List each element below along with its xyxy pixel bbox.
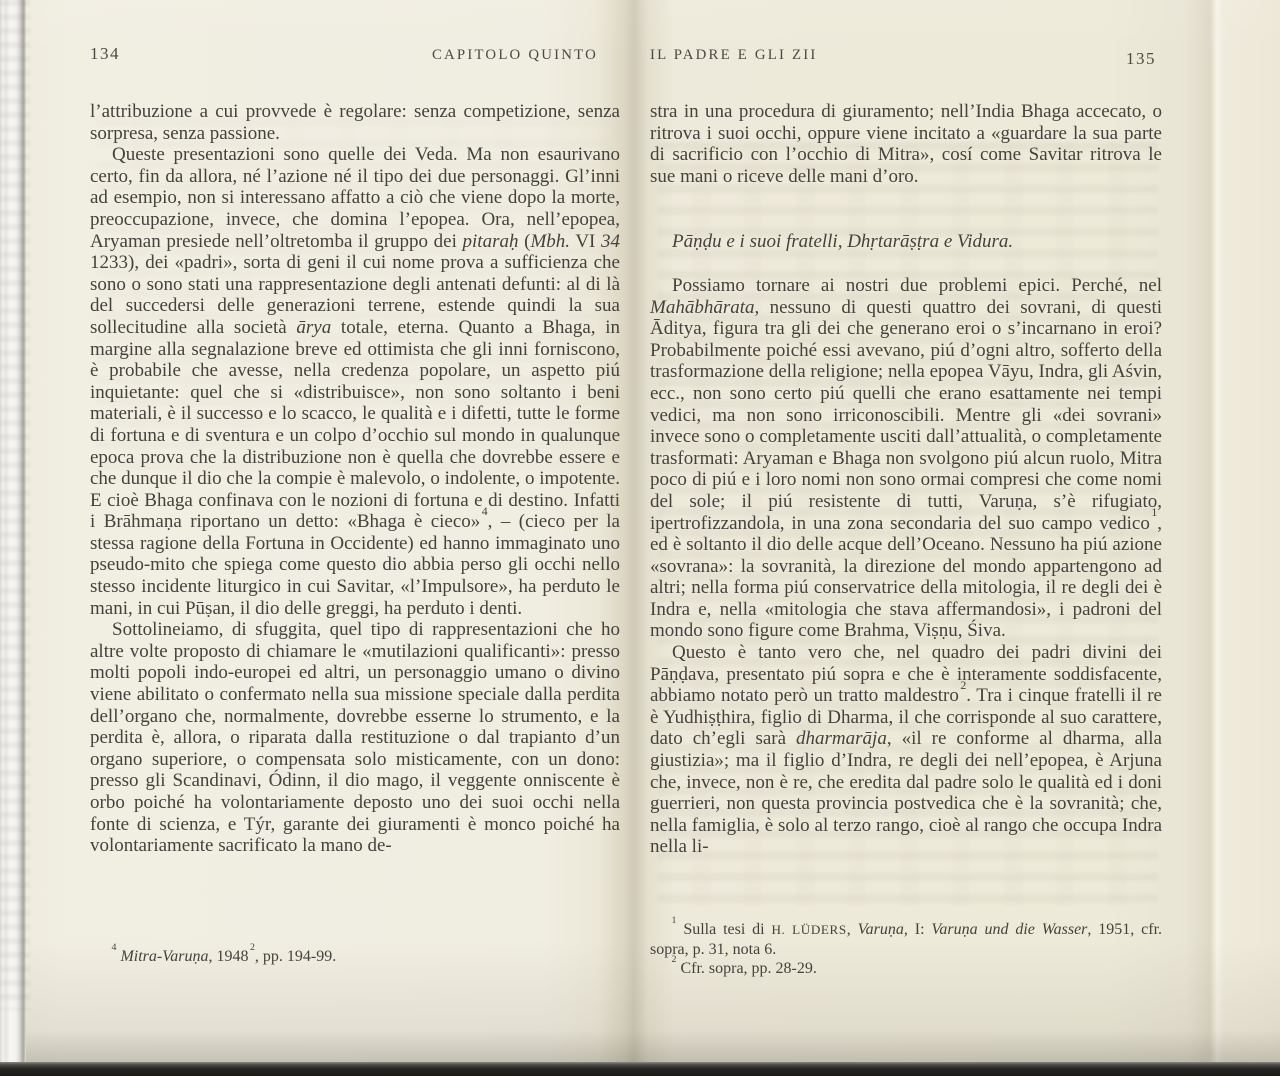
- right-running-title: IL PADRE E GLI ZII: [650, 47, 818, 64]
- footnote: 4 Mitra-Varuṇa, 19482, pp. 194-99.: [90, 947, 620, 967]
- scan-bottom-edge: [0, 1062, 1280, 1076]
- left-page-body: l’attribuzione a cui provvede è regolare…: [90, 101, 620, 857]
- paragraph: stra in una procedura di giuramento; nel…: [650, 101, 1162, 187]
- right-page-footnotes: 1 Sulla tesi di H. LÜDERS, Varuṇa, I: Va…: [650, 920, 1162, 979]
- paragraph: Questo è tanto vero che, nel quadro dei …: [650, 642, 1162, 858]
- right-page-number: 135: [1126, 49, 1162, 69]
- left-page-number: 134: [90, 44, 120, 64]
- footnote: 2 Cfr. sopra, pp. 28-29.: [650, 959, 1162, 979]
- right-page-body: stra in una procedura di giuramento; nel…: [650, 101, 1162, 858]
- left-running-head: 134 CAPITOLO QUINTO: [90, 44, 620, 64]
- under-page-edge: [0, 0, 30, 1010]
- section-heading: Pāṇḍu e i suoi fratelli, Dhṛtarāṣṭra e V…: [650, 231, 1162, 253]
- paragraph: Queste presentazioni sono quelle dei Ved…: [90, 144, 620, 619]
- paragraph: Possiamo tornare ai nostri due problemi …: [650, 275, 1162, 642]
- footnote: 1 Sulla tesi di H. LÜDERS, Varuṇa, I: Va…: [650, 920, 1162, 959]
- left-page-footnotes: 4 Mitra-Varuṇa, 19482, pp. 194-99.: [90, 947, 620, 967]
- right-page: IL PADRE E GLI ZII 135 stra in una proce…: [650, 44, 1162, 858]
- right-running-head: IL PADRE E GLI ZII 135: [650, 44, 1162, 64]
- left-page: 134 CAPITOLO QUINTO l’attribuzione a cui…: [90, 44, 620, 857]
- scanned-book-spread: 134 CAPITOLO QUINTO l’attribuzione a cui…: [0, 0, 1280, 1076]
- paragraph: l’attribuzione a cui provvede è regolare…: [90, 101, 620, 144]
- paragraph: Sottolineiamo, di sfuggita, quel tipo di…: [90, 619, 620, 857]
- left-running-title: CAPITOLO QUINTO: [432, 47, 620, 64]
